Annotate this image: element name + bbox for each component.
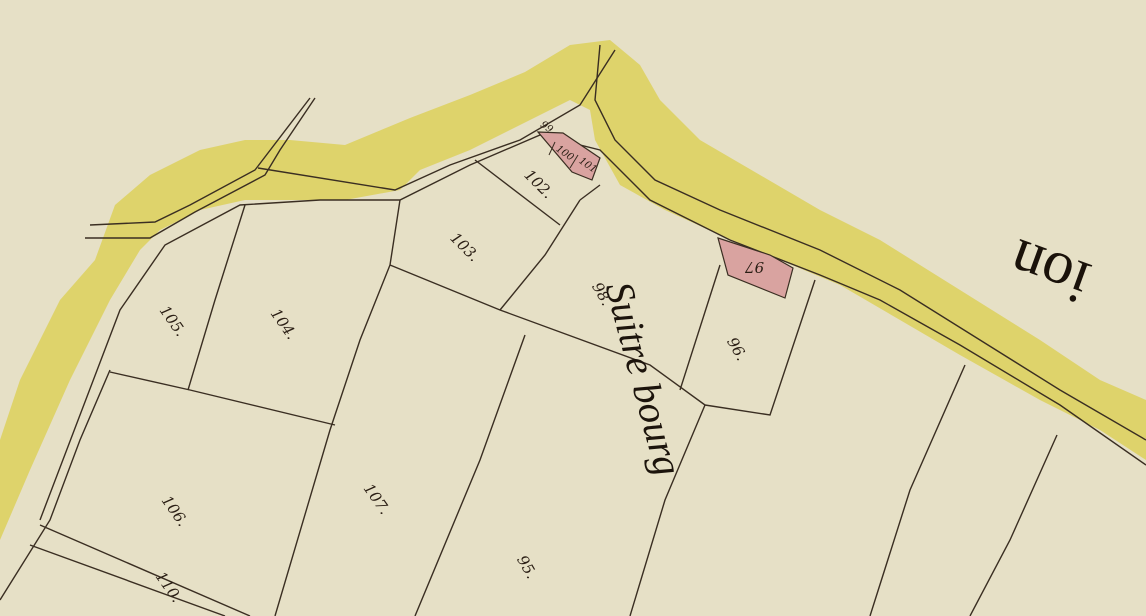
parcel-label-97: 97 [745, 258, 764, 276]
cadastral-map: 99 100 101 102. 103. 104. 105. 106. 107.… [0, 0, 1146, 616]
